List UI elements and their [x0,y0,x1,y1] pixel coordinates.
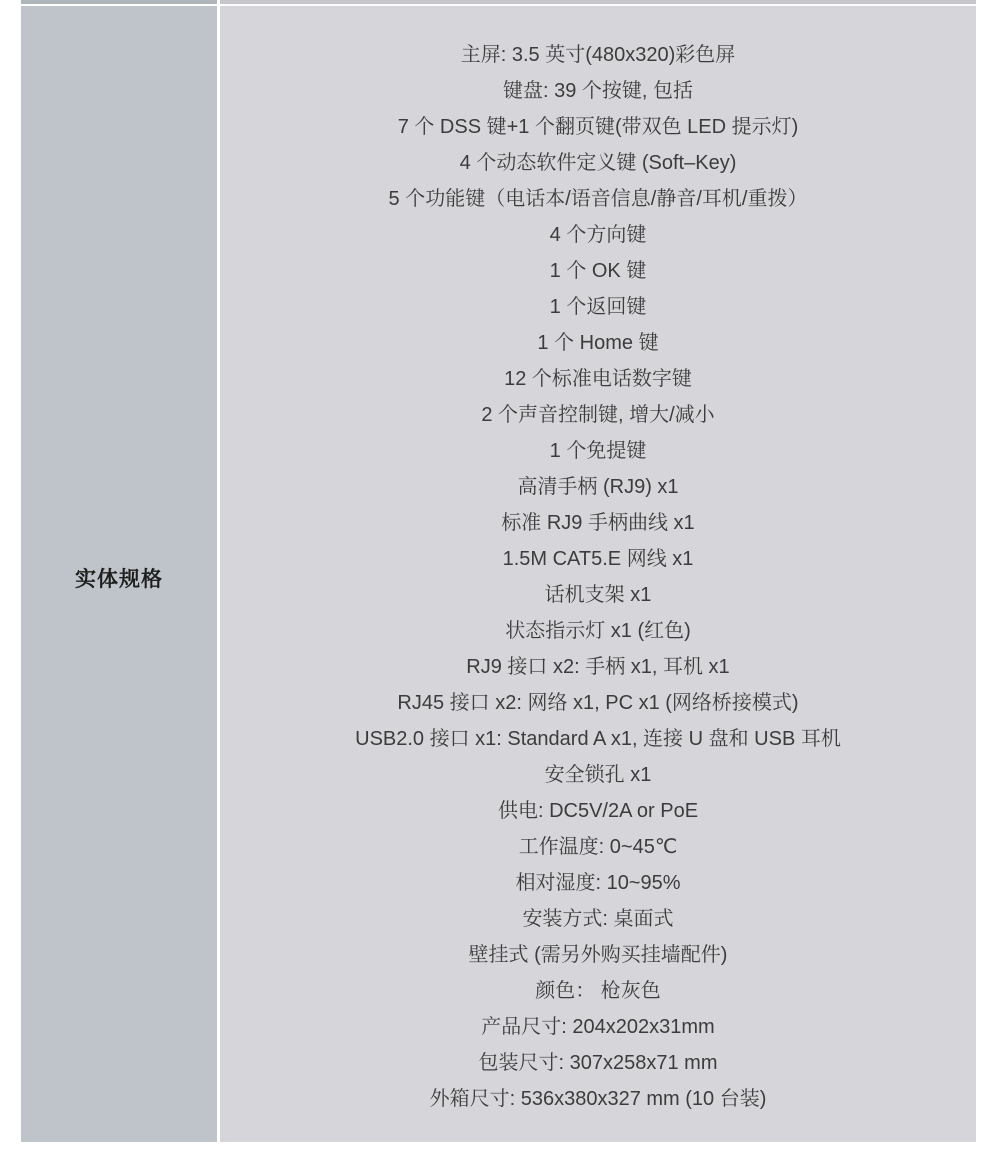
spec-lines-list: 主屏: 3.5 英寸(480x320)彩色屏键盘: 39 个按键, 包括7 个 … [220,6,976,1117]
product-spec-page: 实体规格 主屏: 3.5 英寸(480x320)彩色屏键盘: 39 个按键, 包… [0,0,990,1174]
spec-table: 实体规格 主屏: 3.5 英寸(480x320)彩色屏键盘: 39 个按键, 包… [21,0,976,1142]
spec-category-label: 实体规格 [75,563,163,593]
spec-line: 包装尺寸: 307x258x71 mm [220,1045,976,1081]
spec-values-cell: 主屏: 3.5 英寸(480x320)彩色屏键盘: 39 个按键, 包括7 个 … [220,6,976,1142]
spec-line: 12 个标准电话数字键 [220,361,976,397]
spec-line: RJ45 接口 x2: 网络 x1, PC x1 (网络桥接模式) [220,685,976,721]
spec-line: 键盘: 39 个按键, 包括 [220,73,976,109]
spec-line: 工作温度: 0~45℃ [220,829,976,865]
spec-line: 1 个 OK 键 [220,253,976,289]
spec-line: 1 个返回键 [220,289,976,325]
spec-line: 标准 RJ9 手柄曲线 x1 [220,505,976,541]
spec-line: 2 个声音控制键, 增大/减小 [220,397,976,433]
spec-line: 5 个功能键（电话本/语音信息/静音/耳机/重拨） [220,181,976,217]
spec-row: 实体规格 主屏: 3.5 英寸(480x320)彩色屏键盘: 39 个按键, 包… [21,6,976,1142]
spec-line: 7 个 DSS 键+1 个翻页键(带双色 LED 提示灯) [220,109,976,145]
spec-line: 4 个动态软件定义键 (Soft–Key) [220,145,976,181]
spec-line: 主屏: 3.5 英寸(480x320)彩色屏 [220,37,976,73]
spec-line: 颜色： 枪灰色 [220,973,976,1009]
spec-line: 状态指示灯 x1 (红色) [220,613,976,649]
spec-line: 外箱尺寸: 536x380x327 mm (10 台装) [220,1081,976,1117]
spec-line: 壁挂式 (需另外购买挂墙配件) [220,937,976,973]
spec-line: 话机支架 x1 [220,577,976,613]
spec-line: 相对湿度: 10~95% [220,865,976,901]
previous-row-header-cell [21,0,217,4]
spec-line: 1 个 Home 键 [220,325,976,361]
spec-line: 产品尺寸: 204x202x31mm [220,1009,976,1045]
spec-line: 安装方式: 桌面式 [220,901,976,937]
spec-line: 供电: DC5V/2A or PoE [220,793,976,829]
previous-row-remnant [21,0,976,4]
spec-line: 4 个方向键 [220,217,976,253]
spec-line: 1 个免提键 [220,433,976,469]
spec-line: 安全锁孔 x1 [220,757,976,793]
spec-line: RJ9 接口 x2: 手柄 x1, 耳机 x1 [220,649,976,685]
spec-line: 高清手柄 (RJ9) x1 [220,469,976,505]
spec-line: USB2.0 接口 x1: Standard A x1, 连接 U 盘和 USB… [220,721,976,757]
previous-row-value-cell [220,0,976,4]
spec-line: 1.5M CAT5.E 网线 x1 [220,541,976,577]
spec-category-cell: 实体规格 [21,6,217,1142]
